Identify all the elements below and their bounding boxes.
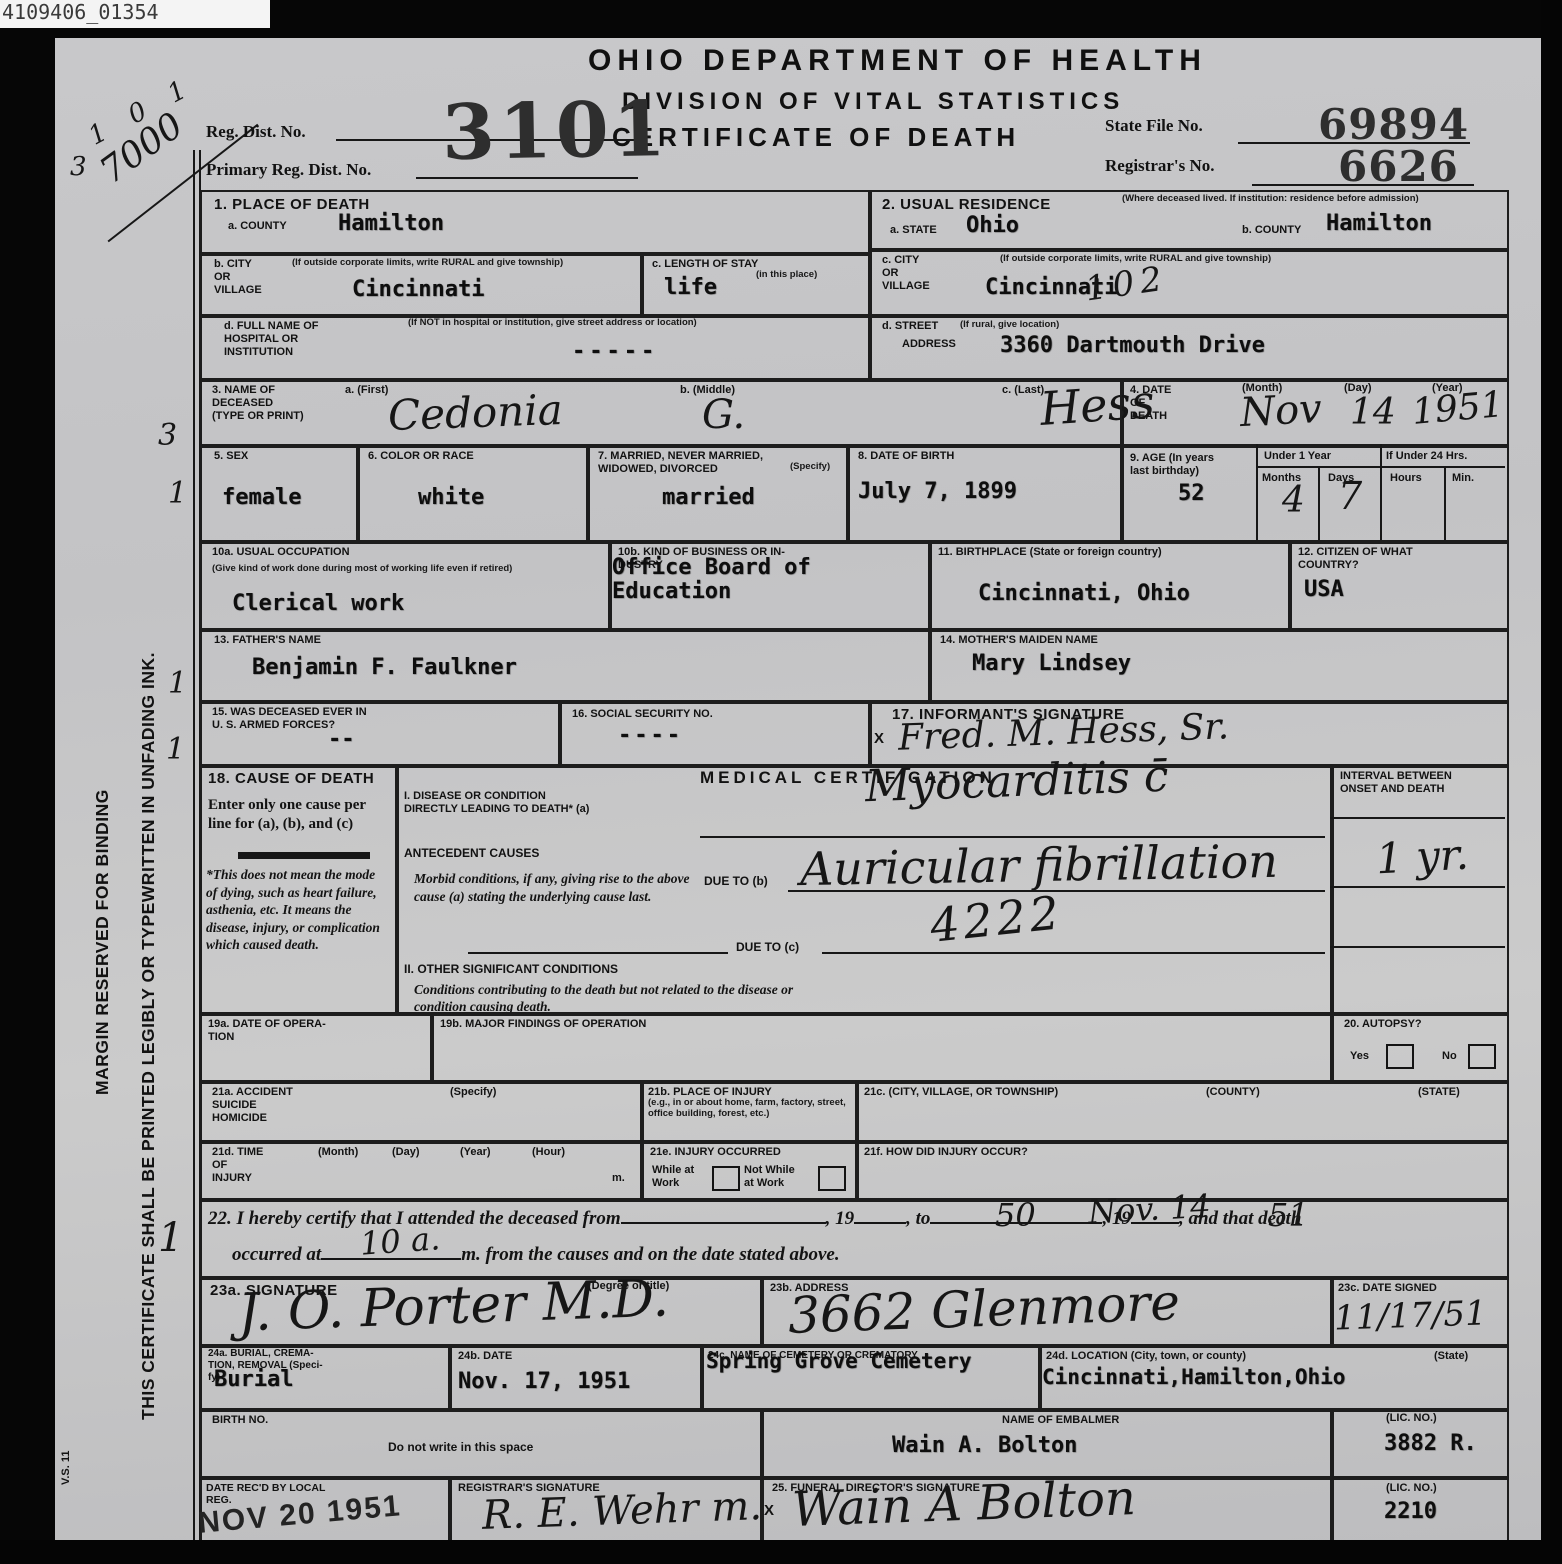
death-day-value: 14	[1350, 392, 1396, 433]
ssn-value: ----	[618, 724, 683, 748]
funeral-director-signature-value: Wain A Bolton	[791, 1470, 1137, 1538]
certify-year1-handwritten: 50	[995, 1196, 1036, 1234]
certify-year2-handwritten: 51	[1268, 1196, 1309, 1234]
usual-residence-note: (Where deceased lived. If institution: r…	[1122, 194, 1492, 205]
city-of-death-label: b. CITY OR VILLAGE	[214, 258, 262, 297]
reg-dist-number-stamp: 3101	[441, 84, 670, 177]
accident-label: 21a. ACCIDENT SUICIDE HOMICIDE	[212, 1086, 293, 1125]
occupation-value: Clerical work	[232, 592, 404, 616]
field-time-of-injury	[200, 1140, 644, 1202]
other-conditions-note: Conditions contributing to the death but…	[414, 982, 834, 1016]
injury-month-label: (Month)	[318, 1146, 358, 1159]
street-note: (If rural, give location)	[960, 320, 1059, 331]
certify-part4: from the causes and on the date stated a…	[485, 1244, 839, 1265]
cemetery-location-value: Cincinnati,Hamilton,Ohio	[1042, 1366, 1345, 1389]
under-one-year-label: Under 1 Year	[1264, 450, 1331, 463]
father-label: 13. FATHER'S NAME	[214, 634, 321, 647]
antecedent-causes-label: ANTECEDENT CAUSES	[404, 846, 539, 860]
state-file-label: State File No.	[1105, 116, 1203, 136]
autopsy-label: 20. AUTOPSY?	[1344, 1018, 1422, 1031]
cemetery-value: Spring Grove Cemetery	[706, 1350, 972, 1373]
scan-corner-label: 4109406_01354	[0, 0, 270, 28]
interval-value: 1 yr.	[1375, 830, 1470, 884]
residence-city-label: c. CITY OR VILLAGE	[882, 254, 930, 293]
address-label: ADDRESS	[902, 338, 956, 351]
scan-bottom-edge	[0, 1540, 1562, 1564]
name-title: 3. NAME OF DECEASED (TYPE OR PRINT)	[212, 384, 304, 423]
hospital-label: d. FULL NAME OF HOSPITAL OR INSTITUTION	[224, 320, 319, 359]
death-year-value: 1951	[1410, 384, 1505, 433]
burial-date-value: Nov. 17, 1951	[458, 1370, 630, 1394]
occupation-note: (Give kind of work done during most of w…	[212, 564, 582, 575]
field-interval-onset-death	[1330, 764, 1509, 1016]
certify-year1-prefix: , 19	[826, 1208, 855, 1229]
autopsy-yes-checkbox	[1386, 1044, 1414, 1069]
street-value: 3360 Dartmouth Drive	[1000, 334, 1265, 358]
disease-condition-label: I. DISEASE OR CONDITION DIRECTLY LEADING…	[404, 790, 589, 816]
dob-value: July 7, 1899	[858, 480, 1017, 504]
first-name-label: a. (First)	[345, 384, 388, 397]
accident-specify-note: (Specify)	[450, 1086, 496, 1099]
informant-x-mark: X	[874, 730, 884, 748]
county-label: a. COUNTY	[228, 220, 287, 233]
autopsy-no-checkbox	[1468, 1044, 1496, 1069]
hospital-note: (If NOT in hospital or institution, give…	[408, 318, 798, 329]
citizen-value: USA	[1304, 578, 1344, 602]
length-of-stay-note: (in this place)	[756, 270, 817, 281]
months-value: 4	[1282, 480, 1305, 521]
header-department: OHIO DEPARTMENT OF HEALTH	[588, 44, 1207, 78]
major-findings-label: 19b. MAJOR FINDINGS OF OPERATION	[440, 1018, 646, 1031]
marital-note: (Specify)	[790, 462, 830, 473]
city-of-death-value: Cincinnati	[352, 278, 484, 302]
header-division: DIVISION OF VITAL STATISTICS	[622, 88, 1124, 116]
injury-hour-label: (Hour)	[532, 1146, 565, 1159]
funeral-director-lic-value: 2210	[1384, 1500, 1437, 1524]
embalmer-label: NAME OF EMBALMER	[1002, 1414, 1119, 1427]
age-label: 9. AGE (In years last birthday)	[1130, 452, 1214, 478]
margin-form-number: V.S. 11	[60, 1415, 73, 1485]
birth-no-label: BIRTH NO.	[212, 1414, 268, 1427]
margin-mark-2: 1	[168, 476, 187, 511]
certify-part3: occurred at	[232, 1244, 321, 1265]
street-label: d. STREET	[882, 320, 938, 333]
father-value: Benjamin F. Faulkner	[252, 656, 517, 680]
citizen-label: 12. CITIZEN OF WHAT COUNTRY?	[1298, 546, 1413, 572]
age-divider-4	[1444, 466, 1446, 540]
injury-county-label: (COUNTY)	[1206, 1086, 1260, 1099]
how-injury-occurred-label: 21f. HOW DID INJURY OCCUR?	[864, 1146, 1028, 1159]
autopsy-yes-label: Yes	[1350, 1050, 1369, 1063]
certify-blank-year1	[854, 1206, 906, 1224]
cause-c-line-right	[822, 952, 1325, 954]
due-to-b-label: DUE TO (b)	[704, 874, 768, 888]
primary-reg-label: Primary Reg. Dist. No.	[206, 160, 371, 180]
cemetery-location-label: 24d. LOCATION (City, town, or county)	[1046, 1350, 1246, 1363]
age-divider-2	[1318, 466, 1320, 540]
days-value: 7	[1338, 474, 1362, 518]
color-race-value: white	[418, 486, 484, 510]
primary-reg-line	[416, 177, 638, 179]
funeral-director-lic-label: (LIC. NO.)	[1386, 1482, 1437, 1495]
city-of-death-note: (If outside corporate limits, write RURA…	[292, 258, 622, 269]
place-of-injury-note: (e.g., in or about home, farm, factory, …	[648, 1098, 848, 1120]
cemetery-location-state-note: (State)	[1434, 1350, 1468, 1363]
not-while-at-work-label: Not While at Work	[744, 1164, 795, 1190]
ssn-label: 16. SOCIAL SECURITY NO.	[572, 708, 713, 721]
residence-county-value: Hamilton	[1326, 212, 1432, 236]
hours-label: Hours	[1390, 472, 1422, 485]
registrar-signature-value: R. E. Wehr m.	[481, 1483, 762, 1539]
cause-instruction-1: Enter only one cause per line for (a), (…	[208, 796, 386, 834]
first-name-value: Cedonia	[387, 385, 563, 440]
cause-c-line-left	[468, 952, 728, 954]
interval-line-3	[1330, 946, 1505, 948]
date-of-operation-label: 19a. DATE OF OPERA- TION	[208, 1018, 326, 1044]
dob-label: 8. DATE OF BIRTH	[858, 450, 954, 463]
burial-type-value: Burial	[214, 1368, 293, 1392]
scan-right-edge	[1541, 0, 1562, 1564]
cause-of-death-title: 18. CAUSE OF DEATH	[208, 770, 374, 788]
margin-handwriting-3: 3	[70, 152, 87, 182]
certify-blank-from	[621, 1206, 826, 1224]
injury-state-label: (STATE)	[1418, 1086, 1460, 1099]
margin-rule-outer	[193, 150, 195, 1540]
certify-line-2: occurred atm. from the causes and on the…	[232, 1242, 840, 1266]
certify-to: , to	[906, 1208, 930, 1229]
header-certificate-title: CERTIFICATE OF DEATH	[612, 122, 1020, 153]
date-signed-label: 23c. DATE SIGNED	[1338, 1282, 1437, 1295]
birthplace-label: 11. BIRTHPLACE (State or foreign country…	[938, 546, 1162, 559]
margin-mark-1: 3	[158, 418, 177, 453]
marital-value: married	[662, 486, 755, 510]
interval-label: INTERVAL BETWEEN ONSET AND DEATH	[1340, 770, 1452, 796]
color-race-label: 6. COLOR OR RACE	[368, 450, 474, 463]
birthplace-value: Cincinnati, Ohio	[978, 582, 1190, 606]
embalmer-lic-label: (LIC. NO.)	[1386, 1412, 1437, 1425]
while-at-work-checkbox	[712, 1166, 740, 1191]
injury-day-label: (Day)	[392, 1146, 420, 1159]
date-signed-value: 11/17/51	[1333, 1293, 1487, 1338]
date-of-death-title: 4. DATE OF DEATH	[1130, 384, 1171, 423]
residence-state-value: Ohio	[966, 214, 1019, 238]
marital-label: 7. MARRIED, NEVER MARRIED, WIDOWED, DIVO…	[598, 450, 763, 476]
age-divider-1	[1256, 444, 1258, 540]
autopsy-no-label: No	[1442, 1050, 1457, 1063]
residence-county-label: b. COUNTY	[1242, 224, 1301, 237]
cause-instruction-2: *This does not mean the mode of dying, s…	[206, 866, 386, 954]
occupation-label: 10a. USUAL OCCUPATION	[212, 546, 350, 559]
age-divider-3	[1380, 444, 1382, 540]
min-label: Min.	[1452, 472, 1474, 485]
injury-m-label: m.	[612, 1172, 625, 1185]
margin-mark-5: 1	[158, 1215, 183, 1261]
not-while-at-work-checkbox	[818, 1166, 846, 1191]
injury-occurred-label: 21e. INJURY OCCURRED	[650, 1146, 781, 1159]
margin-ink-notice: THIS CERTIFICATE SHALL BE PRINTED LEGIBL…	[138, 245, 159, 1420]
injury-city-label: 21c. (CITY, VILLAGE, OR TOWNSHIP)	[864, 1086, 1058, 1099]
interval-line-2	[1330, 886, 1505, 888]
margin-binding-notice: MARGIN RESERVED FOR BINDING	[92, 470, 113, 1095]
margin-mark-3: 1	[168, 666, 187, 701]
field-name-of-deceased	[200, 378, 1124, 448]
embalmer-lic-value: 3882 R.	[1384, 1432, 1477, 1456]
residence-state-label: a. STATE	[890, 224, 937, 237]
registrar-no-label: Registrar's No.	[1105, 156, 1215, 176]
under-24-label: If Under 24 Hrs.	[1386, 450, 1467, 463]
embalmer-value: Wain A. Bolton	[892, 1434, 1077, 1458]
mother-value: Mary Lindsey	[972, 652, 1131, 676]
time-of-injury-label: 21d. TIME OF INJURY	[212, 1146, 263, 1185]
do-not-write-note: Do not write in this space	[388, 1440, 533, 1454]
certify-to-date-handwritten: Nov. 14	[1087, 1187, 1211, 1231]
business-value: Office Board of Education	[612, 556, 811, 604]
other-conditions-label: II. OTHER SIGNIFICANT CONDITIONS	[404, 962, 618, 976]
interval-line-1	[1330, 817, 1505, 819]
scanned-death-certificate: 4109406_01354 THIS CERTIFICATE SHALL BE …	[0, 0, 1562, 1564]
funeral-director-x-mark: X	[764, 1502, 774, 1520]
sex-label: 5. SEX	[214, 450, 248, 463]
length-of-stay-value: life	[664, 276, 717, 300]
margin-mark-4: 1	[166, 732, 185, 767]
middle-name-value: G.	[702, 392, 745, 438]
sex-value: female	[222, 486, 301, 510]
usual-residence-title: 2. USUAL RESIDENCE	[882, 196, 1051, 214]
cause-divider-bar	[238, 852, 370, 859]
armed-forces-value: --	[328, 728, 355, 752]
reg-dist-label: Reg. Dist. No.	[206, 122, 306, 142]
cause-a-value: Myocarditis c̄	[864, 751, 1169, 813]
death-month-value: Nov	[1239, 386, 1323, 436]
due-to-c-label: DUE TO (c)	[736, 940, 799, 954]
certify-time-handwritten: 10 a.	[359, 1219, 442, 1262]
injury-year-label: (Year)	[460, 1146, 491, 1159]
morbid-conditions-note: Morbid conditions, if any, giving rise t…	[414, 870, 694, 905]
length-of-stay-label: c. LENGTH OF STAY	[652, 258, 758, 271]
hospital-value: -----	[572, 340, 658, 364]
residence-city-note: (If outside corporate limits, write RURA…	[1000, 254, 1460, 265]
age-value: 52	[1178, 482, 1205, 506]
mother-label: 14. MOTHER'S MAIDEN NAME	[940, 634, 1098, 647]
county-value: Hamilton	[338, 212, 444, 236]
while-at-work-label: While at Work	[652, 1164, 694, 1190]
certify-m: m.	[461, 1244, 481, 1265]
registrar-number: 6626	[1338, 142, 1459, 191]
burial-date-label: 24b. DATE	[458, 1350, 512, 1363]
